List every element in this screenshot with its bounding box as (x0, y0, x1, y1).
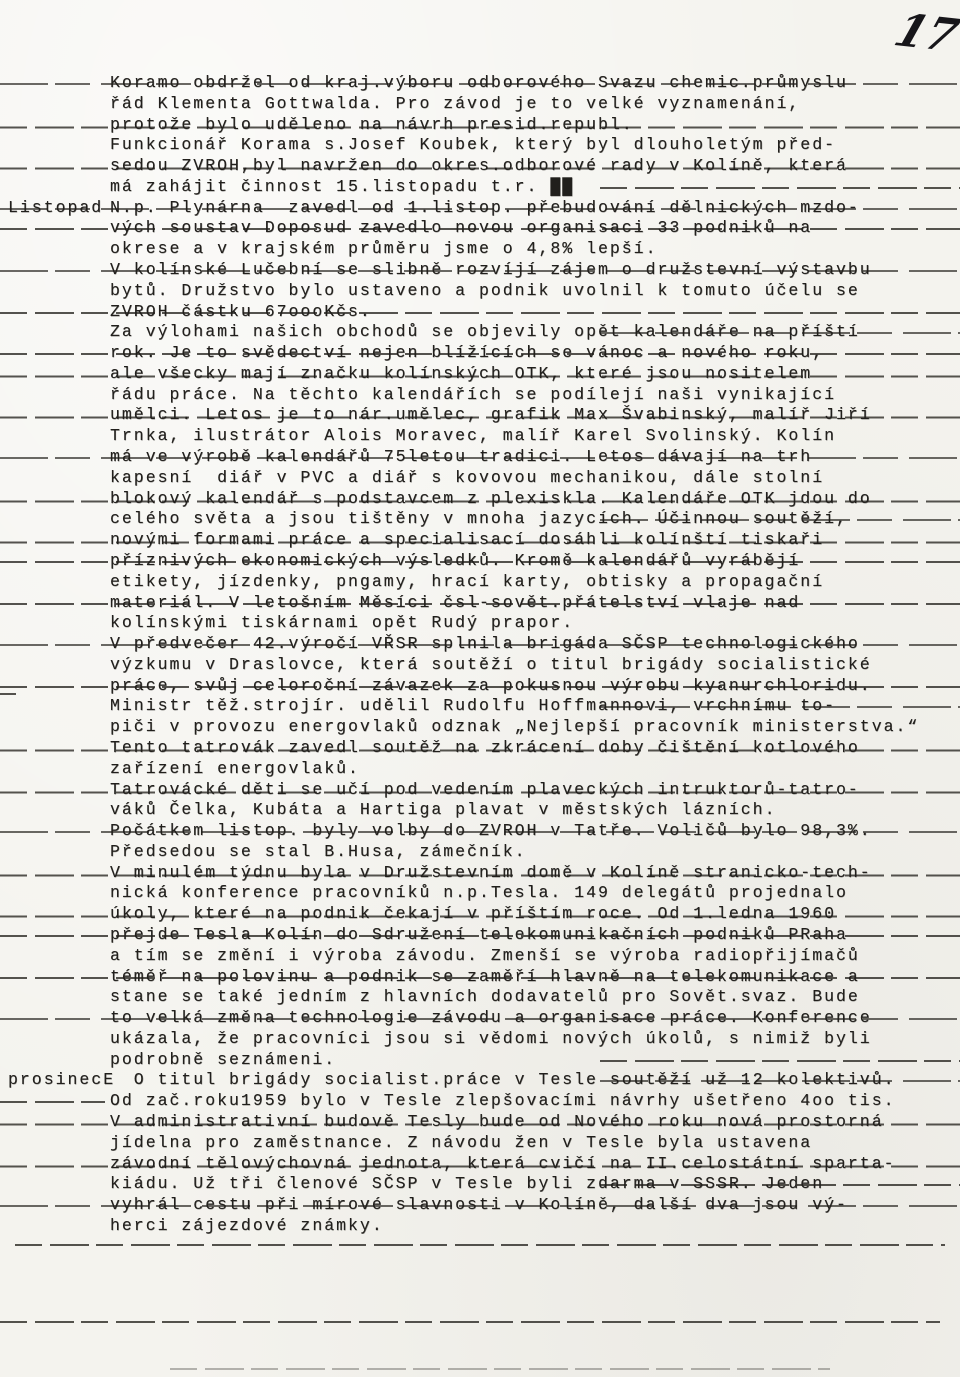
typed-line: umělci. Letos je to nár.umělec, grafik M… (0, 404, 960, 425)
typed-line-text: herci zájezdové známky. (110, 1215, 384, 1236)
typed-line: Tatrovácké děti se učí pod vedením plave… (0, 779, 960, 800)
typed-line: to velká změna technologie závodu a orga… (0, 1007, 960, 1028)
typed-line-text: sedou ZVROH,byl navržen do okres.odborov… (110, 155, 848, 176)
typed-line: V kolínské Lučební se slibně rozvíjí záj… (0, 259, 960, 280)
typed-line-text: protože bylo uděleno na návrh presid.rep… (110, 114, 634, 135)
typed-line-text: blokový kalendář s podstavcem z plexiskl… (110, 488, 872, 509)
typed-line-text: okrese a v krajském průměru jsme o 4,8% … (110, 238, 657, 259)
typed-line: má zahájit činnost 15.listopadu t.r. ██ (0, 176, 960, 197)
typed-line-text: řád Klementa Gottwalda. Pro závod je to … (110, 93, 800, 114)
typed-line: má ve výrobě kalendářů 75letou tradici. … (0, 446, 960, 467)
typed-line-text: téměř na polovinu a podnik se zaměří hla… (110, 966, 860, 987)
margin-label-prosinece: prosinecE (8, 1069, 115, 1090)
typed-line-text: V minulém týdnu byla v Družstevním domě … (110, 862, 872, 883)
typed-line-text: nická konference pracovníků n.p.Tesla. 1… (110, 882, 848, 903)
typed-line-text: kiádu. Už tři členové SČSP v Tesle byli … (110, 1173, 824, 1194)
typed-line-text: vyhrál cestu při mírové slavnosti v Kolí… (110, 1194, 848, 1215)
typed-line-text: piči v provozu energovlaků odznak „Nejle… (110, 716, 919, 737)
typed-line-text: to velká změna technologie závodu a orga… (110, 1007, 872, 1028)
typed-line: prosinecEO titul brigády socialist.práce… (0, 1069, 960, 1090)
typed-line: vyhrál cestu při mírové slavnosti v Kolí… (0, 1194, 960, 1215)
typed-line-text: kapesní diář v PVC a diář s kovovou mech… (110, 467, 824, 488)
typed-line: Předsedou se stal B.Husa, zámečník. (0, 841, 960, 862)
typed-line-text: přejde Tesla Kolín do Sdružení telekomun… (110, 924, 848, 945)
typed-line: jídelna pro zaměstnance. Z návodu žen v … (0, 1132, 960, 1153)
typed-line-text: ale všecky mají značku kolínských OTK, k… (110, 363, 812, 384)
typed-line: okrese a v krajském průměru jsme o 4,8% … (0, 238, 960, 259)
typed-line: Tento tatrovák zavedl soutěž na zkrácení… (0, 737, 960, 758)
typed-line: ale všecky mají značku kolínských OTK, k… (0, 363, 960, 384)
typed-line-text: Koramo obdržel od kraj.výboru odborového… (110, 72, 848, 93)
typed-line-text: Předsedou se stal B.Husa, zámečník. (110, 841, 527, 862)
typed-line: Od zač.roku1959 bylo v Tesle zlepšovacím… (0, 1090, 960, 1111)
typed-line-text: materiál. V letošním Měsíci čsl-sovět.př… (110, 592, 800, 613)
typed-line-text: umělci. Letos je to nár.umělec, grafik M… (110, 404, 872, 425)
typed-line: řád Klementa Gottwalda. Pro závod je to … (0, 93, 960, 114)
typed-line-text: O titul brigády socialist.práce v Tesle … (110, 1069, 896, 1090)
typed-line-text: jídelna pro zaměstnance. Z návodu žen v … (110, 1132, 812, 1153)
ruling-line (0, 1321, 940, 1323)
typed-line-text: etikety, jízdenky, pngamy, hrací karty, … (110, 571, 824, 592)
typed-line-text: V předvečer 42.výročí VŘSR splnila brigá… (110, 633, 860, 654)
typed-line-text: váků Čelka, Kubáta a Hartiga plavat v mě… (110, 799, 777, 820)
typed-line-text: N.p. Plynárna zavedl od 1.listop. přebud… (110, 197, 860, 218)
typed-line-text: závodní tělovýchovná jednota, která cvič… (110, 1153, 896, 1174)
typed-line: ukázala, že pracovníci jsou si vědomi no… (0, 1028, 960, 1049)
typed-line: téměř na polovinu a podnik se zaměří hla… (0, 966, 960, 987)
typed-line-text: kolínskými tiskárnami opět Rudý prapor. (110, 612, 574, 633)
typed-line: řádu práce. Na těchto kalendářích se pod… (0, 384, 960, 405)
typed-line-text: Za výlohami našich obchodů se objevily o… (110, 321, 860, 342)
typed-line: ListopadN.p. Plynárna zavedl od 1.listop… (0, 197, 960, 218)
typed-line-text: ZVROH částku 67oooKčs. (110, 301, 372, 322)
typed-line-text: bytů. Družstvo bylo ustaveno a podnik uv… (110, 280, 860, 301)
typed-line-text: Počátkem listop. byly volby do ZVROH v T… (110, 820, 872, 841)
typed-line: Počátkem listop. byly volby do ZVROH v T… (0, 820, 960, 841)
typed-line-text: vých soustav Doposud zavedlo novou organ… (110, 217, 812, 238)
typed-line: výzkumu v Draslovce, která soutěží o tit… (0, 654, 960, 675)
typed-line: protože bylo uděleno na návrh presid.rep… (0, 114, 960, 135)
typed-line: Trnka, ilustrátor Alois Moravec, malíř K… (0, 425, 960, 446)
typed-line: V předvečer 42.výročí VŘSR splnila brigá… (0, 633, 960, 654)
typed-line: nická konference pracovníků n.p.Tesla. 1… (0, 882, 960, 903)
typed-line: vých soustav Doposud zavedlo novou organ… (0, 217, 960, 238)
typed-line: úkoly, které na podnik čekají v příštím … (0, 903, 960, 924)
typed-line-text: Funkcionář Korama s.Josef Koubek, který … (110, 134, 836, 155)
typed-line-text: řádu práce. Na těchto kalendářích se pod… (110, 384, 836, 405)
typed-line: Funkcionář Korama s.Josef Koubek, který … (0, 134, 960, 155)
typed-line-text: ukázala, že pracovníci jsou si vědomi no… (110, 1028, 872, 1049)
typed-line-text: celého světa a jsou tištěny v mnoha jazy… (110, 508, 848, 529)
margin-label-listopad: Listopad (8, 197, 103, 218)
typed-line-text: stane se také jedním z hlavních dodavate… (110, 986, 860, 1007)
typed-line-text: má ve výrobě kalendářů 75letou tradici. … (110, 446, 812, 467)
typed-line: kapesní diář v PVC a diář s kovovou mech… (0, 467, 960, 488)
typed-line: stane se také jedním z hlavních dodavate… (0, 986, 960, 1007)
typed-line: Za výlohami našich obchodů se objevily o… (0, 321, 960, 342)
typed-line-text: V administrativní budově Tesly bude od N… (110, 1111, 884, 1132)
typed-line-text: má zahájit činnost 15.listopadu t.r. ██ (110, 176, 574, 197)
typed-line: příznivých ekonomických výsledků. Kromě … (0, 550, 960, 571)
typed-line: bytů. Družstvo bylo ustaveno a podnik uv… (0, 280, 960, 301)
typed-line-text: Ministr těž.strojír. udělil Rudolfu Hoff… (110, 695, 836, 716)
typed-line: celého světa a jsou tištěny v mnoha jazy… (0, 508, 960, 529)
scanned-document-page: Koramo obdržel od kraj.výboru odborového… (0, 0, 960, 1377)
typed-line-text: a tím se změní i výroba závodu. Zmenší s… (110, 945, 860, 966)
handwritten-page-number: 17 (888, 5, 960, 62)
typed-line: přejde Tesla Kolín do Sdružení telekomun… (0, 924, 960, 945)
typed-line-text: Trnka, ilustrátor Alois Moravec, malíř K… (110, 425, 836, 446)
typed-line: váků Čelka, Kubáta a Hartiga plavat v mě… (0, 799, 960, 820)
typed-line: kolínskými tiskárnami opět Rudý prapor. (0, 612, 960, 633)
typed-line: závodní tělovýchovná jednota, která cvič… (0, 1153, 960, 1174)
typed-line-text: zařízení energovlaků. (110, 758, 360, 779)
ruling-line (15, 1244, 945, 1246)
ruling-line (170, 1368, 830, 1370)
typed-line: ZVROH částku 67oooKčs. (0, 301, 960, 322)
typed-line-text: rok. Je to svědectví nejen blížících se … (110, 342, 824, 363)
typed-line: práce, svůj celoroční závazek za pokusno… (0, 675, 960, 696)
typed-line: zařízení energovlaků. (0, 758, 960, 779)
typed-line: podrobně seznámeni. (0, 1049, 960, 1070)
typed-line: Ministr těž.strojír. udělil Rudolfu Hoff… (0, 695, 960, 716)
typed-line: V administrativní budově Tesly bude od N… (0, 1111, 960, 1132)
typed-line-text: V kolínské Lučební se slibně rozvíjí záj… (110, 259, 872, 280)
typed-line: Koramo obdržel od kraj.výboru odborového… (0, 72, 960, 93)
typed-line: sedou ZVROH,byl navržen do okres.odborov… (0, 155, 960, 176)
typed-line-text: výzkumu v Draslovce, která soutěží o tit… (110, 654, 872, 675)
typed-line: novými formami práce a specialisací dosá… (0, 529, 960, 550)
typed-line-text: Tento tatrovák zavedl soutěž na zkrácení… (110, 737, 860, 758)
typed-line: materiál. V letošním Měsíci čsl-sovět.př… (0, 592, 960, 613)
typed-line-text: Tatrovácké děti se učí pod vedením plave… (110, 779, 860, 800)
typed-line: kiádu. Už tři členové SČSP v Tesle byli … (0, 1173, 960, 1194)
typed-line: piči v provozu energovlaků odznak „Nejle… (0, 716, 960, 737)
typed-line-text: Od zač.roku1959 bylo v Tesle zlepšovacím… (110, 1090, 896, 1111)
typed-line: herci zájezdové známky. (0, 1215, 960, 1236)
typed-line-text: příznivých ekonomických výsledků. Kromě … (110, 550, 800, 571)
typed-line-text: podrobně seznámeni. (110, 1049, 336, 1070)
typed-line-text: práce, svůj celoroční závazek za pokusno… (110, 675, 872, 696)
typed-line: blokový kalendář s podstavcem z plexiskl… (0, 488, 960, 509)
typed-line-text: novými formami práce a specialisací dosá… (110, 529, 824, 550)
typed-line: a tím se změní i výroba závodu. Zmenší s… (0, 945, 960, 966)
typed-line: V minulém týdnu byla v Družstevním domě … (0, 862, 960, 883)
typed-line: rok. Je to svědectví nejen blížících se … (0, 342, 960, 363)
typed-line: etikety, jízdenky, pngamy, hrací karty, … (0, 571, 960, 592)
typed-line-text: úkoly, které na podnik čekají v příštím … (110, 903, 836, 924)
